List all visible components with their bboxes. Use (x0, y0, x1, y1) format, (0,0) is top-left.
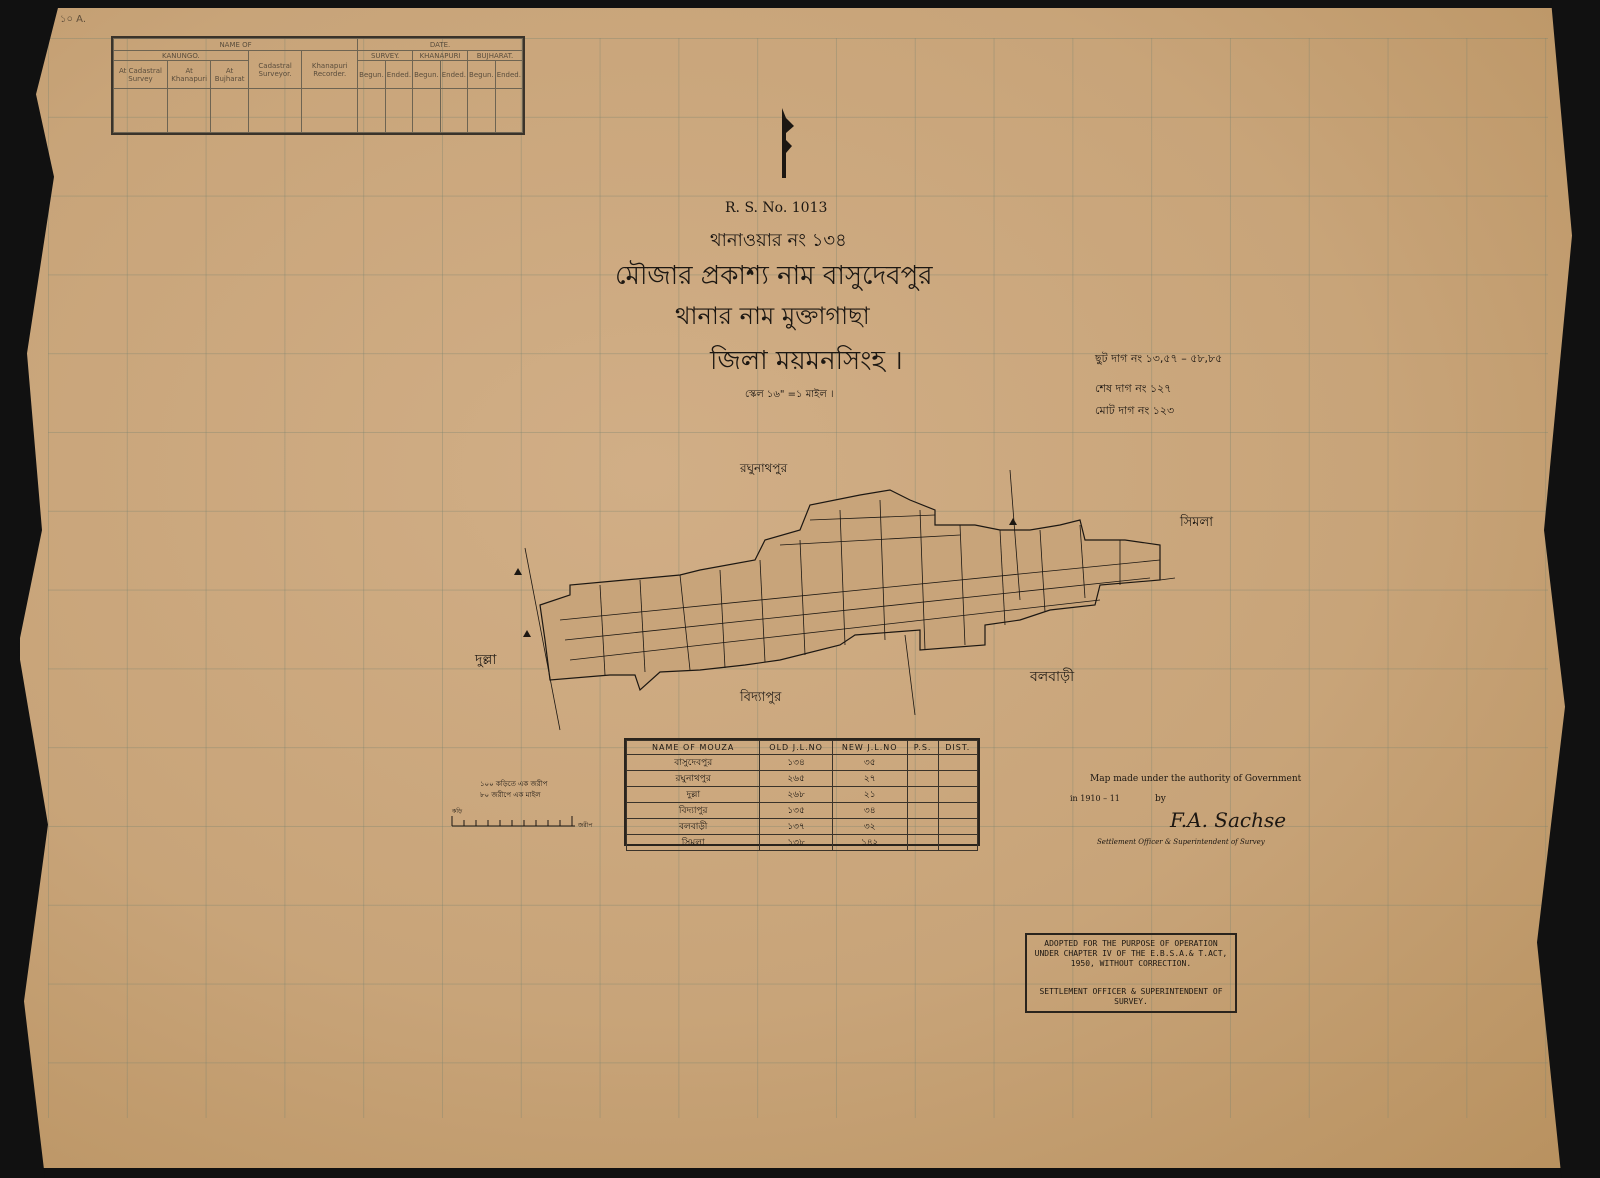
scale-bar-line2: ৮০ জরীপে এক মাইল (480, 789, 540, 801)
table-row: রঘুনাথপুর২৬৫২৭ (627, 771, 978, 787)
table-row: বলবাড়ী১৩৭৩২ (627, 819, 978, 835)
table-row: বিদ্যাপুর১৩৫৩৪ (627, 803, 978, 819)
table-row: দুল্লা২৬৮২১ (627, 787, 978, 803)
authority-by: by (1155, 794, 1166, 804)
authority-year: in 1910 – 11 (1070, 794, 1120, 803)
authority-line: Map made under the authority of Governme… (1090, 774, 1301, 784)
table-row: সিমলা১৩৮১৪২ (627, 835, 978, 851)
adoption-stamp: ADOPTED FOR THE PURPOSE OF OPERATION UND… (1025, 933, 1237, 1013)
mouza-jl-table: NAME OF MOUZA OLD J.L.NO NEW J.L.NO P.S.… (624, 738, 980, 846)
signature: F.A. Sachse (1170, 808, 1286, 832)
scale-bar-right-label: জরীপ (578, 820, 592, 831)
table-row: বাসুদেবপুর১৩৪৩৫ (627, 755, 978, 771)
scale-bar-left-label: কড়ি (452, 806, 462, 817)
parcel-plan (0, 0, 1600, 1178)
authority-title: Settlement Officer & Superintendent of S… (1097, 838, 1265, 846)
